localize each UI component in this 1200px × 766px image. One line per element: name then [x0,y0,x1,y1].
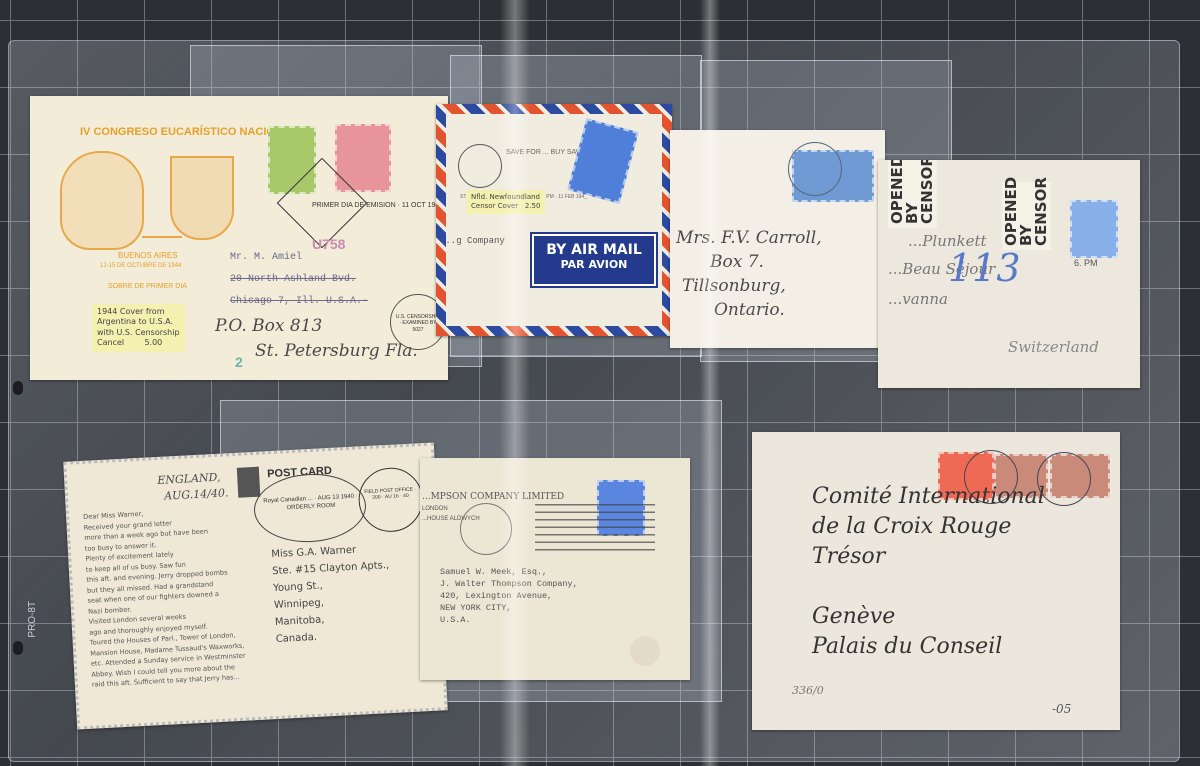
postmark-circle [458,144,502,188]
stain-mark [630,636,660,666]
header-place: ENGLAND, [157,471,221,488]
cachet-title: IV CONGRESO EUCARÍSTICO NACIONAL [80,126,298,140]
binder-hole [13,381,23,395]
airmail-label: BY AIR MAIL PAR AVION [532,234,656,286]
dealer-label: 1944 Cover from Argentina to U.S.A. with… [92,304,185,352]
postmark-time: 6. PM [1074,258,1098,269]
wavy-cancel-lines [535,498,655,553]
postcard-message: Dear Miss Warner,Received your grand let… [83,501,292,690]
stamp-king-george [1070,200,1118,258]
airmail-label-line2: PAR AVION [534,258,654,271]
pencil-note: 336/0 [792,684,824,698]
cachet-city: BUENOS AIRES [118,251,178,261]
typed-fragment: ...g Company [440,236,505,247]
cover-jwt-london[interactable]: ...MPSON COMPANY LIMITED LONDON ...HOUSE… [420,458,690,680]
postmark-text: PRIMER DIA DE EMISION · 11 OCT 1944 · B.… [312,202,448,211]
plastic-glare [700,0,720,766]
censor-number: U758 [312,236,345,254]
censor-tape-left: OPENED BY CENSOR [888,160,937,228]
address-line: Tillsonburg, [682,276,786,297]
margin-number: 2 [235,354,243,372]
address-line: Comité International [812,482,1112,512]
return-address-line: LONDON [422,506,448,514]
address-line: 20 North Ashland Bvd. [230,274,356,287]
censorship-text: U.S. CENSORSHIP · EXAMINED BY 5027 [395,314,441,333]
postcard-address: Miss G.A. WarnerSte. #15 Clayton Apts.,Y… [271,540,393,648]
cover-censored-switzerland[interactable]: OPENED BY CENSOR OPENED BY CENSOR 6. PM … [878,160,1140,388]
address-line: Mrs. F.V. Carroll, [676,228,822,249]
sleeve-imprint: PRO-8T [27,601,40,638]
address-line: Trésor [812,542,1112,572]
address-line: Mr. M. Amiel [230,252,302,265]
cover-argentina[interactable]: IV CONGRESO EUCARÍSTICO NACIONAL BUENOS … [30,96,448,380]
header-date: AUG.14/40. [164,486,229,503]
address-line: ...vanna [888,290,948,309]
cachet-footer: SOBRE DE PRIMER DIA [108,283,187,292]
forward-line: St. Petersburg Fla. [255,341,418,362]
address-line: Palais du Conseil [812,632,1112,662]
address-line: Ontario. [714,300,785,321]
handwritten-address: Comité Internationalde la Croix RougeTré… [812,482,1112,662]
address-line: Genève [812,602,1112,632]
forward-line: P.O. Box 813 [215,316,322,337]
pencil-price: -05 [1052,702,1071,717]
address-line: Chicago 7, Ill. U.S.A.- [230,296,368,309]
cover-france-red-cross[interactable]: Comité Internationalde la Croix RougeTré… [752,432,1120,730]
manuscript-mark: 113 [948,245,1021,293]
coat-of-arms-icon [60,151,144,250]
plastic-glare [500,0,530,766]
cover-newfoundland-airmail[interactable]: SAVE FOR ... BUY SAVINGS ... VITAL ... S… [436,104,672,336]
binder-hole [13,641,23,655]
wp-logo-icon [237,467,261,498]
address-line [812,572,1112,602]
airmail-label-line1: BY AIR MAIL [534,242,654,258]
censor-tape: OPENED BY CENSOR [1002,182,1051,250]
cachet-dates: 12-15 DE OCTUBRE DE 1944 [100,263,181,271]
address-line: Switzerland [1008,338,1099,357]
shield-icon [170,156,234,240]
postmark-circle [788,142,842,196]
postcard-rcaf[interactable]: ENGLAND, AUG.14/40. POST CARD Royal Cana… [63,442,448,729]
address-line: de la Croix Rouge [812,512,1112,542]
